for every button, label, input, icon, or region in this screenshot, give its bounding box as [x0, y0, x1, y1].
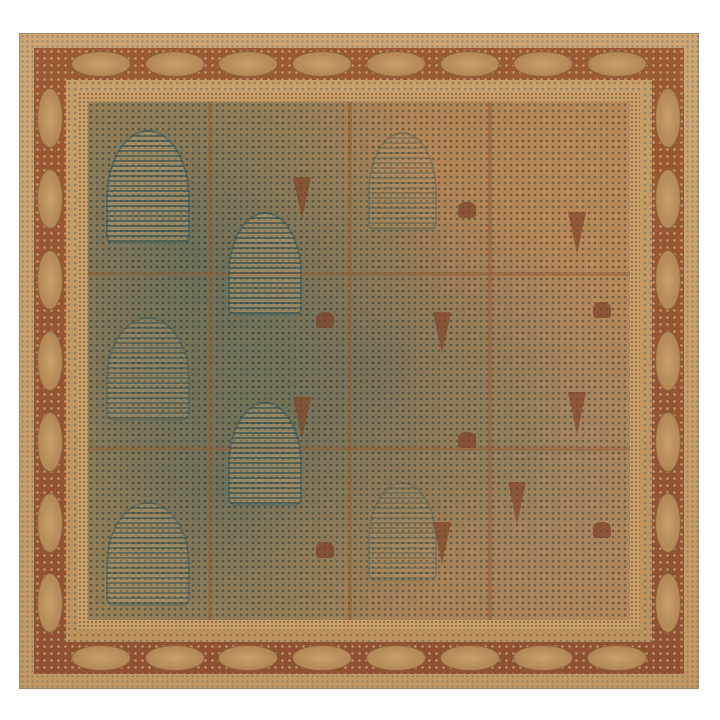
- cartouche: [37, 250, 63, 310]
- photo: [0, 0, 720, 720]
- cartouche: [37, 493, 63, 553]
- rug-field: [88, 102, 630, 620]
- cartouche: [366, 645, 426, 671]
- cartouche: [71, 51, 131, 77]
- cartouche: [37, 88, 63, 148]
- bottom-cartouche-row: [64, 644, 654, 672]
- right-cartouche-column: [654, 78, 682, 644]
- vase-motif: [593, 522, 611, 538]
- cypress-motif: [293, 177, 311, 219]
- cartouche: [218, 645, 278, 671]
- cartouche: [37, 412, 63, 472]
- cartouche: [655, 412, 681, 472]
- vase-motif: [593, 302, 611, 318]
- cartouche: [655, 573, 681, 633]
- field-divider: [488, 102, 492, 620]
- vase-motif: [316, 312, 334, 328]
- cypress-motif: [568, 212, 586, 254]
- cypress-motif: [293, 397, 311, 439]
- cartouche: [655, 169, 681, 229]
- cartouche: [292, 645, 352, 671]
- cartouche: [37, 331, 63, 391]
- cartouche: [655, 88, 681, 148]
- cypress-motif: [433, 312, 451, 354]
- cartouche: [366, 51, 426, 77]
- cartouche: [145, 645, 205, 671]
- cartouche: [655, 331, 681, 391]
- cypress-motif: [508, 482, 526, 524]
- field-divider: [88, 447, 630, 451]
- cartouche: [37, 573, 63, 633]
- cartouche: [218, 51, 278, 77]
- cartouche: [587, 51, 647, 77]
- cartouche: [440, 51, 500, 77]
- field-divider: [348, 102, 352, 620]
- cartouche: [513, 51, 573, 77]
- cartouche: [587, 645, 647, 671]
- cartouche: [292, 51, 352, 77]
- cypress-motif: [433, 522, 451, 564]
- field-divider: [88, 272, 630, 276]
- cartouche: [71, 645, 131, 671]
- cartouche: [145, 51, 205, 77]
- left-cartouche-column: [36, 78, 64, 644]
- cartouche: [440, 645, 500, 671]
- cartouche: [37, 169, 63, 229]
- top-cartouche-row: [64, 50, 654, 78]
- cartouche: [513, 645, 573, 671]
- cartouche: [655, 250, 681, 310]
- vase-motif: [458, 432, 476, 448]
- vase-motif: [458, 202, 476, 218]
- vase-motif: [316, 542, 334, 558]
- rug: [20, 34, 698, 688]
- cypress-motif: [568, 392, 586, 434]
- field-divider: [208, 102, 212, 620]
- cartouche: [655, 493, 681, 553]
